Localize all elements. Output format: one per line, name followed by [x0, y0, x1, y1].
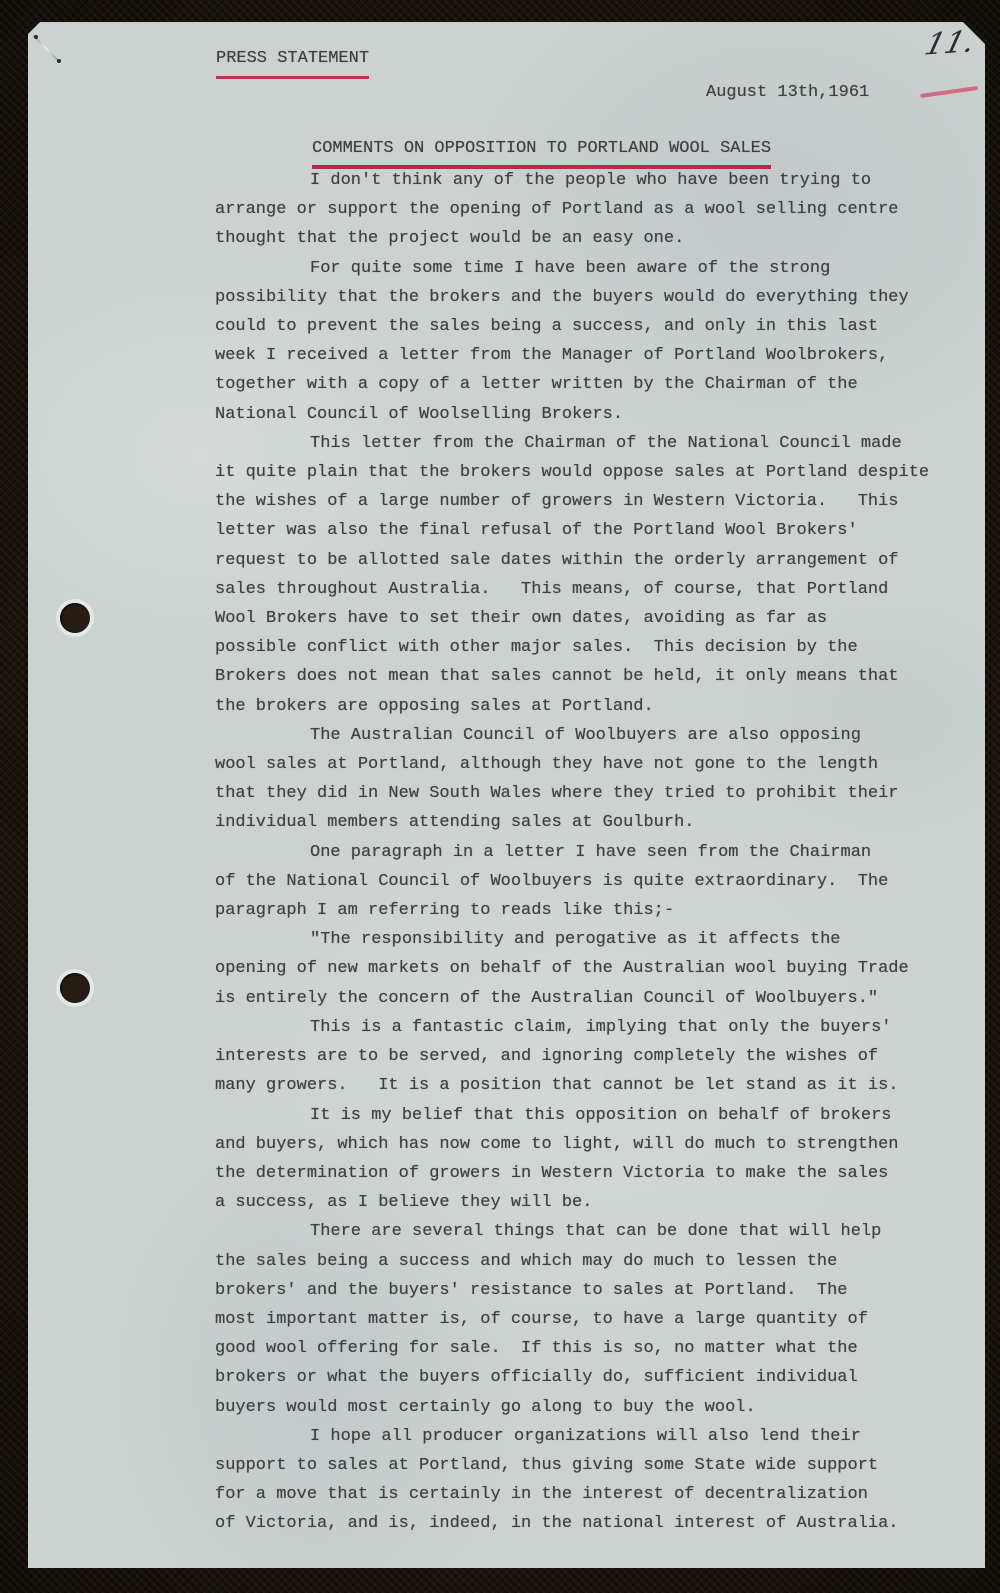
text-line: I don't think any of the people who have…: [215, 166, 975, 195]
text-line: brokers or what the buyers officially do…: [215, 1363, 975, 1392]
text-line: the determination of growers in Western …: [215, 1159, 975, 1188]
text-line: opening of new markets on behalf of the …: [215, 954, 975, 983]
paragraph: I hope all producer organizations will a…: [215, 1422, 975, 1539]
text-line: brokers' and the buyers' resistance to s…: [215, 1276, 975, 1305]
staple-scratch-mark: [33, 35, 60, 62]
text-line: together with a copy of a letter written…: [215, 370, 975, 399]
text-line: Wool Brokers have to set their own dates…: [215, 604, 975, 633]
text-line: arrange or support the opening of Portla…: [215, 195, 975, 224]
text-line: thought that the project would be an eas…: [215, 224, 975, 253]
text-line: "The responsibility and perogative as it…: [215, 925, 975, 954]
text-line: of Victoria, and is, indeed, in the nati…: [215, 1509, 975, 1538]
text-line: One paragraph in a letter I have seen fr…: [215, 838, 975, 867]
text-line: sales throughout Australia. This means, …: [215, 575, 975, 604]
text-line: letter was also the final refusal of the…: [215, 516, 975, 545]
handwritten-page-number: 11.: [921, 24, 979, 62]
text-line: individual members attending sales at Go…: [215, 808, 975, 837]
text-line: For quite some time I have been aware of…: [215, 254, 975, 283]
paragraph: This letter from the Chairman of the Nat…: [215, 429, 975, 721]
text-line: This is a fantastic claim, implying that…: [215, 1013, 975, 1042]
punch-hole-top: [60, 603, 90, 633]
text-line: request to be allotted sale dates within…: [215, 546, 975, 575]
text-line: could to prevent the sales being a succe…: [215, 312, 975, 341]
text-line: most important matter is, of course, to …: [215, 1305, 975, 1334]
paragraph: The Australian Council of Woolbuyers are…: [215, 721, 975, 838]
text-line: It is my belief that this opposition on …: [215, 1101, 975, 1130]
text-line: wool sales at Portland, although they ha…: [215, 750, 975, 779]
staple-hole-dot: [57, 59, 61, 63]
text-line: interests are to be served, and ignoring…: [215, 1042, 975, 1071]
scanned-document-photo: { "colors": { "paper": "#cbd2d0", "backg…: [0, 0, 1000, 1593]
text-line: National Council of Woolselling Brokers.: [215, 400, 975, 429]
text-line: paragraph I am referring to reads like t…: [215, 896, 975, 925]
text-line: buyers would most certainly go along to …: [215, 1393, 975, 1422]
press-statement-heading: PRESS STATEMENT: [216, 44, 369, 79]
text-line: many growers. It is a position that cann…: [215, 1071, 975, 1100]
text-line: is entirely the concern of the Australia…: [215, 984, 975, 1013]
text-line: support to sales at Portland, thus givin…: [215, 1451, 975, 1480]
paragraph: "The responsibility and perogative as it…: [215, 925, 975, 1013]
date-line: August 13th,1961: [706, 78, 869, 107]
paragraph: One paragraph in a letter I have seen fr…: [215, 838, 975, 926]
text-line: the brokers are opposing sales at Portla…: [215, 692, 975, 721]
text-line: the wishes of a large number of growers …: [215, 487, 975, 516]
text-line: the sales being a success and which may …: [215, 1247, 975, 1276]
text-line: and buyers, which has now come to light,…: [215, 1130, 975, 1159]
page-number-pencil-underline: [920, 86, 978, 98]
staple-hole-dot: [34, 35, 38, 39]
text-line: possibility that the brokers and the buy…: [215, 283, 975, 312]
punch-hole-bottom: [60, 973, 90, 1003]
paragraph: It is my belief that this opposition on …: [215, 1101, 975, 1218]
document-page: PRESS STATEMENT 11. August 13th,1961 COM…: [28, 22, 985, 1568]
text-line: There are several things that can be don…: [215, 1217, 975, 1246]
text-line: good wool offering for sale. If this is …: [215, 1334, 975, 1363]
text-line: week I received a letter from the Manage…: [215, 341, 975, 370]
document-body: I don't think any of the people who have…: [215, 166, 975, 1539]
text-line: possible conflict with other major sales…: [215, 633, 975, 662]
document-title: COMMENTS ON OPPOSITION TO PORTLAND WOOL …: [312, 134, 771, 169]
text-line: a success, as I believe they will be.: [215, 1188, 975, 1217]
paragraph: I don't think any of the people who have…: [215, 166, 975, 254]
text-line: I hope all producer organizations will a…: [215, 1422, 975, 1451]
paragraph: This is a fantastic claim, implying that…: [215, 1013, 975, 1101]
text-line: The Australian Council of Woolbuyers are…: [215, 721, 975, 750]
text-line: that they did in New South Wales where t…: [215, 779, 975, 808]
text-line: Brokers does not mean that sales cannot …: [215, 662, 975, 691]
text-line: This letter from the Chairman of the Nat…: [215, 429, 975, 458]
paragraph: There are several things that can be don…: [215, 1217, 975, 1421]
text-line: it quite plain that the brokers would op…: [215, 458, 975, 487]
text-line: of the National Council of Woolbuyers is…: [215, 867, 975, 896]
text-line: for a move that is certainly in the inte…: [215, 1480, 975, 1509]
paragraph: For quite some time I have been aware of…: [215, 254, 975, 429]
